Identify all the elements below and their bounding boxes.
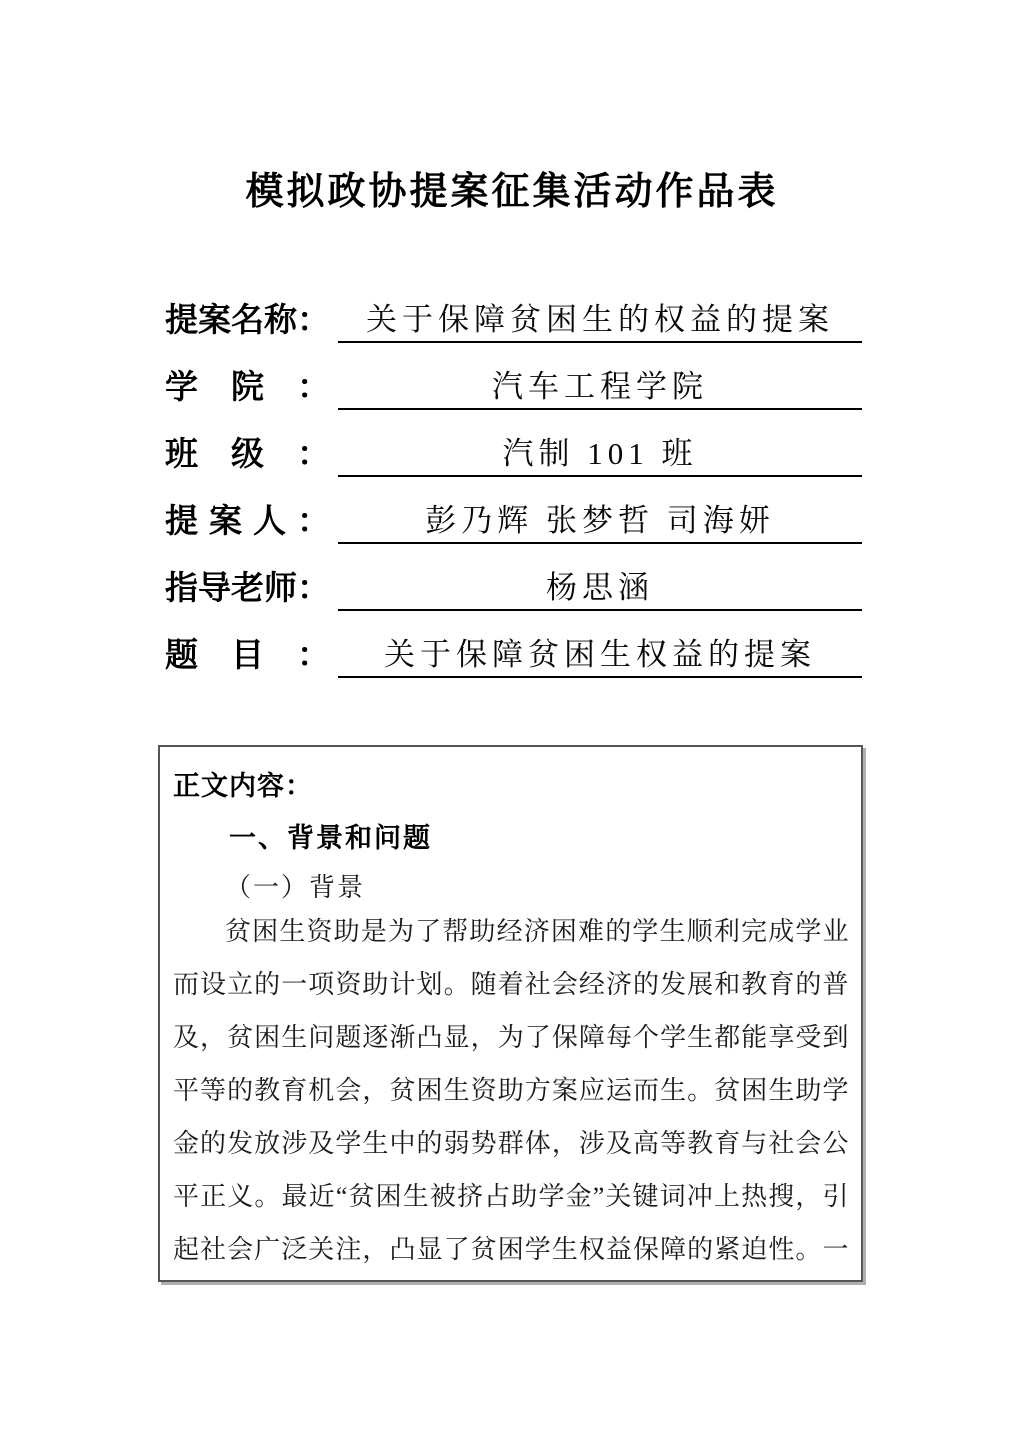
form-row-topic: 题目： 关于保障贫困生权益的提案 (165, 630, 862, 678)
class-label: 班级： (165, 439, 330, 477)
form-row-proposers: 提案人： 彭乃辉 张梦哲 司海妍 (165, 496, 862, 544)
content-heading: 正文内容： (173, 769, 849, 803)
document-title: 模拟政协提案征集活动作品表 (0, 160, 1024, 215)
proposers-value: 彭乃辉 张梦哲 司海妍 (425, 503, 775, 539)
proposers-underline: 彭乃辉 张梦哲 司海妍 (338, 491, 862, 544)
form-row-college: 学院： 汽车工程学院 (165, 362, 862, 410)
advisor-value: 杨思涵 (546, 570, 654, 606)
topic-value: 关于保障贫困生权益的提案 (384, 637, 816, 673)
class-value: 汽制 101 班 (503, 436, 698, 472)
proposal-name-label: 提案名称： (165, 305, 330, 343)
content-box: 正文内容： 一、背景和问题 （一）背景 贫困生资助是为了帮助经济困难的学生顺利完… (158, 745, 863, 1282)
college-label: 学院： (165, 372, 330, 410)
form-row-class: 班级： 汽制 101 班 (165, 429, 862, 477)
form-row-proposal-name: 提案名称： 关于保障贫困生的权益的提案 (165, 295, 862, 343)
proposal-form: 提案名称： 关于保障贫困生的权益的提案 学院： 汽车工程学院 班级： 汽制 10… (165, 295, 862, 697)
college-value: 汽车工程学院 (492, 369, 708, 405)
proposers-label: 提案人： (165, 506, 330, 544)
proposal-name-value: 关于保障贫困生的权益的提案 (366, 302, 834, 338)
advisor-underline: 杨思涵 (338, 558, 862, 611)
advisor-label: 指导老师： (165, 573, 330, 611)
proposal-name-underline: 关于保障贫困生的权益的提案 (338, 290, 862, 343)
class-underline: 汽制 101 班 (338, 424, 862, 477)
subsection-heading-background: （一）背景 (173, 871, 849, 905)
college-underline: 汽车工程学院 (338, 357, 862, 410)
body-paragraph: 贫困生资助是为了帮助经济困难的学生顺利完成学业而设立的一项资助计划。随着社会经济… (173, 905, 849, 1282)
form-row-advisor: 指导老师： 杨思涵 (165, 563, 862, 611)
topic-label: 题目： (165, 640, 330, 678)
topic-underline: 关于保障贫困生权益的提案 (338, 625, 862, 678)
document-page: 模拟政协提案征集活动作品表 提案名称： 关于保障贫困生的权益的提案 学院： 汽车… (0, 0, 1024, 1448)
section-heading-background-and-problems: 一、背景和问题 (173, 821, 849, 855)
